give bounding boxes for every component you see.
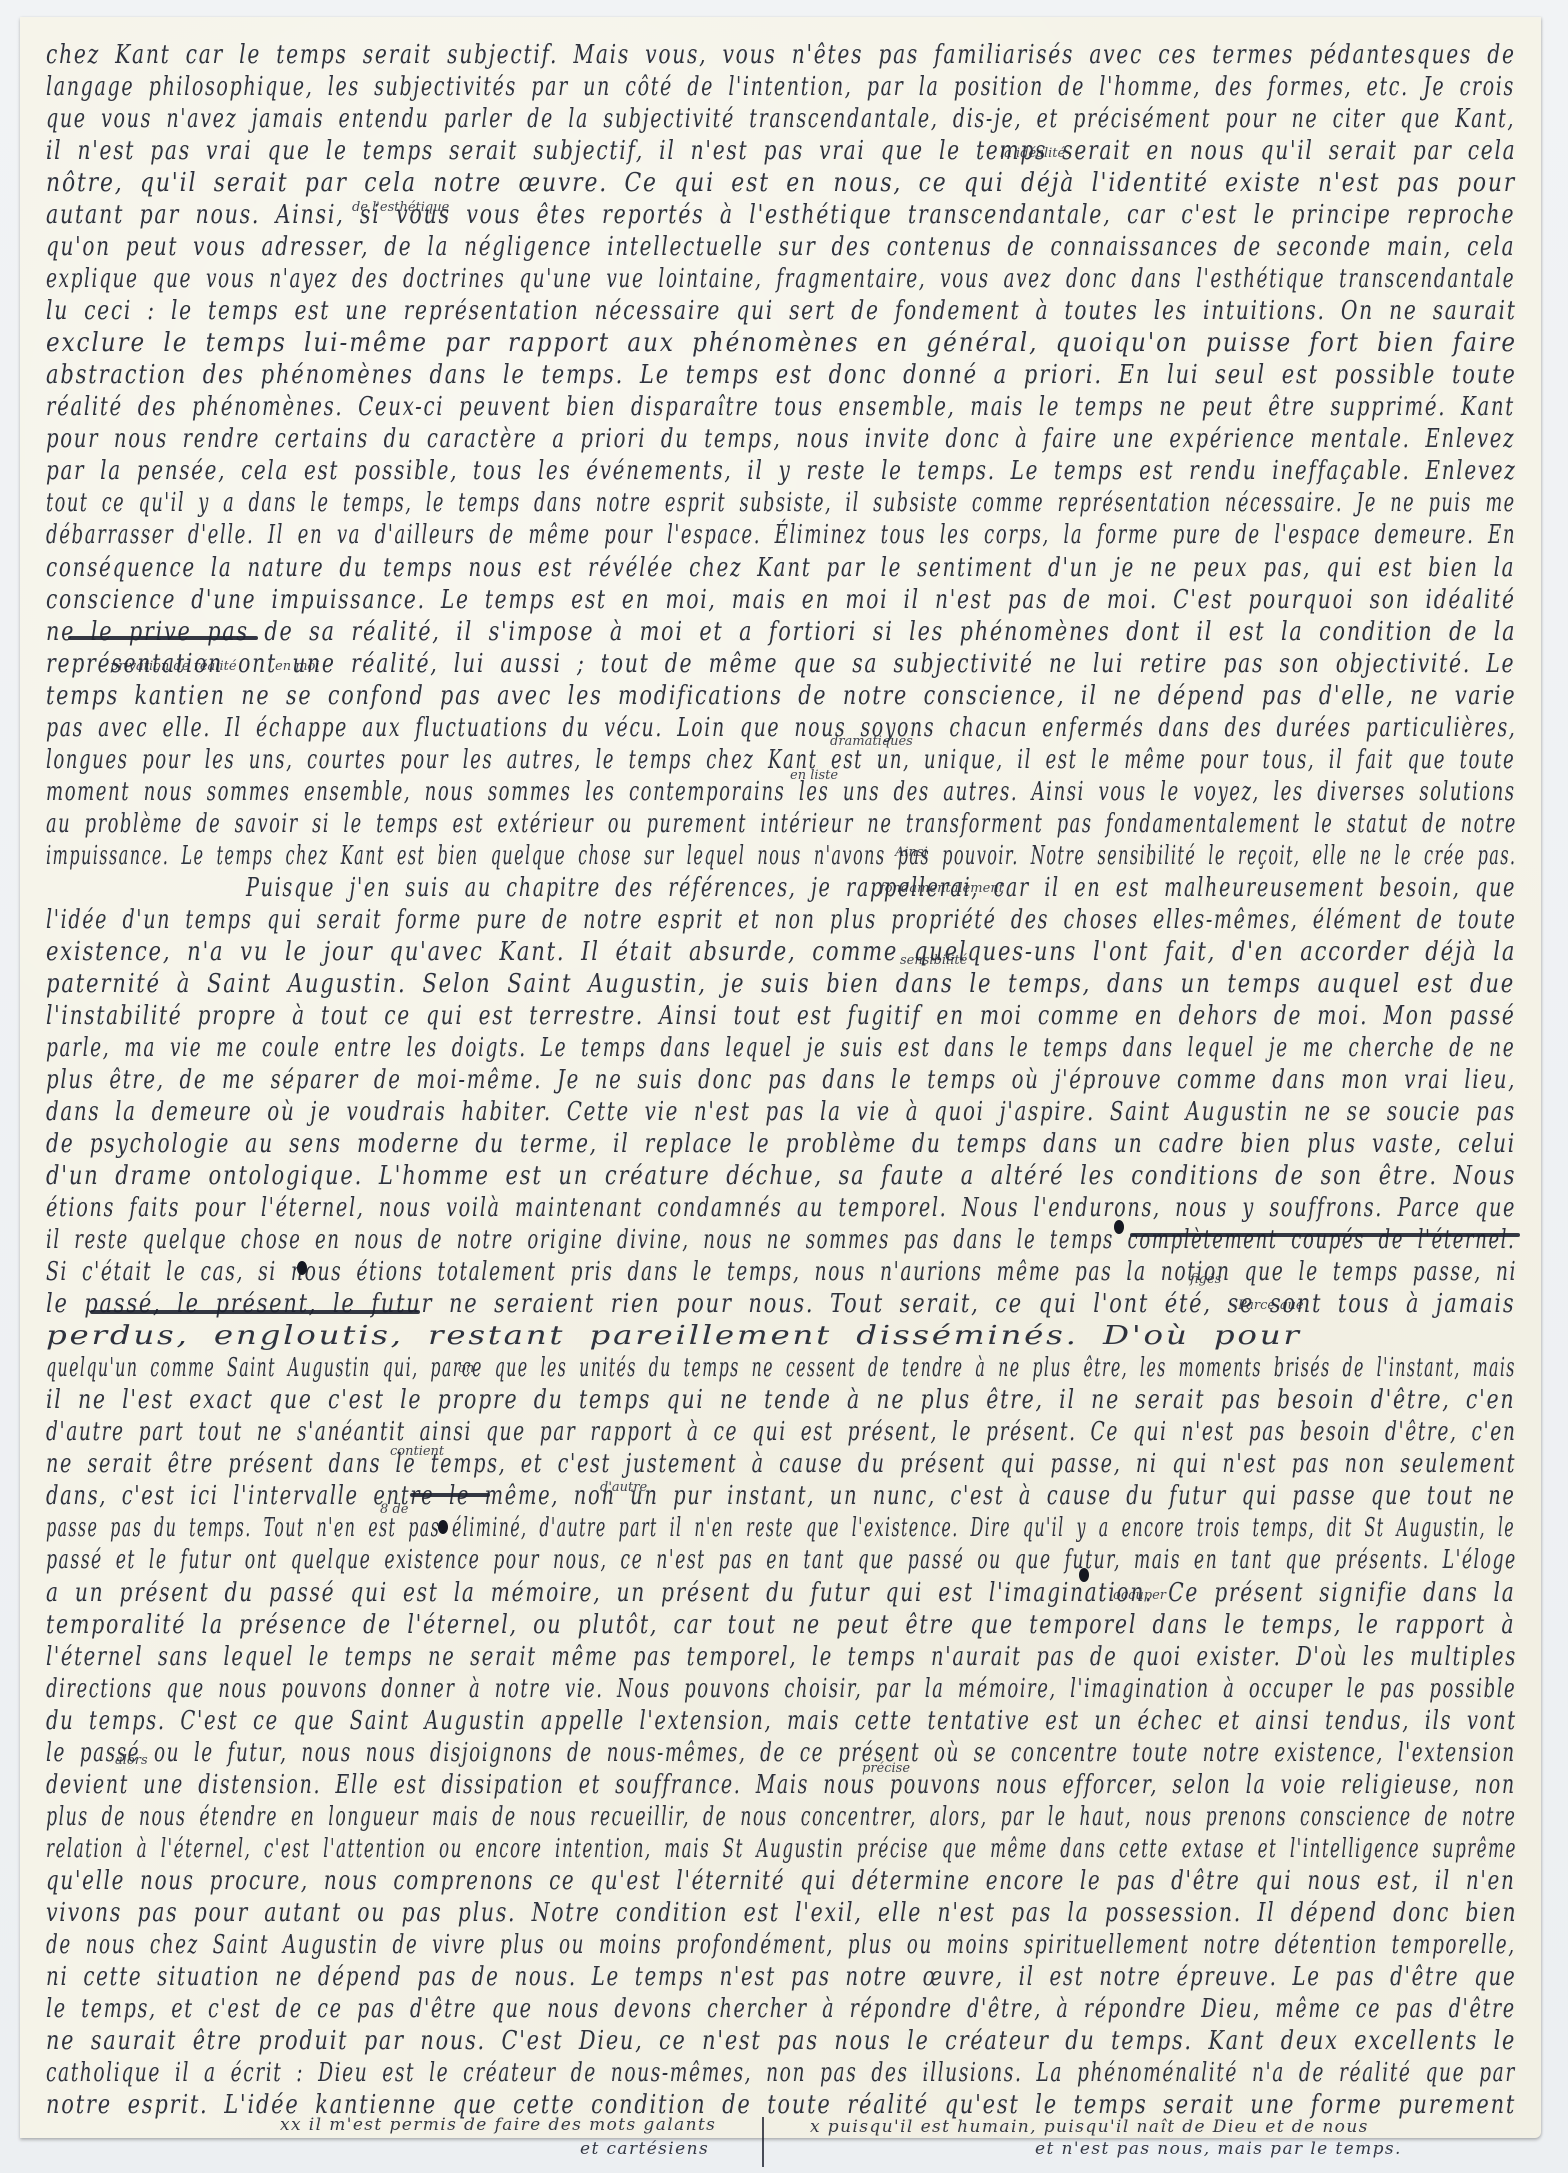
manuscript-line: chez Kant car le temps serait subjectif.… — [46, 37, 1516, 73]
strikethrough-mark — [90, 1310, 420, 1314]
interlinear-note: en liste — [790, 768, 838, 783]
strikethrough-mark — [410, 1493, 490, 1497]
manuscript-line: conséquence la nature du temps nous est … — [46, 550, 1515, 586]
manuscript-line: relation à l'éternel, c'est l'attention … — [46, 1831, 1517, 1867]
manuscript-line: ne le prive pas de sa réalité, il s'impo… — [46, 614, 1516, 650]
manuscript-line: d'un drame ontologique. L'homme est un c… — [46, 1158, 1516, 1194]
scanned-page-background: chez Kant car le temps serait subjectif.… — [0, 0, 1568, 2173]
manuscript-line: vivons pas pour autant ou pas plus. Notr… — [46, 1895, 1517, 1931]
manuscript-line: moment nous sommes ensemble, nous sommes… — [46, 774, 1516, 810]
manuscript-line: lu ceci : le temps est une représentatio… — [46, 293, 1517, 329]
manuscript-line: plus de nous étendre en longueur mais de… — [46, 1799, 1516, 1835]
manuscript-line: il n'est pas vrai que le temps serait su… — [46, 133, 1516, 169]
manuscript-line: il ne l'est exact que c'est le propre du… — [46, 1382, 1515, 1418]
manuscript-line: Si c'était le cas, si nous étions totale… — [46, 1254, 1517, 1290]
ink-blot — [297, 1261, 307, 1275]
manuscript-line: temporalité la présence de l'éternel, ou… — [46, 1607, 1515, 1643]
manuscript-line: quelqu'un comme Saint Augustin qui, parc… — [46, 1350, 1516, 1386]
strikethrough-mark — [1130, 1233, 1520, 1237]
ink-blot — [1079, 1568, 1089, 1582]
manuscript-paper: chez Kant car le temps serait subjectif.… — [20, 17, 1541, 2138]
manuscript-line: perdus, engloutis, restant pareillement … — [46, 1318, 1302, 1354]
manuscript-line: qu'on peut vous adresser, de la négligen… — [46, 229, 1515, 265]
ink-blot — [438, 1520, 448, 1534]
footnote-left-line2: et cartésiens — [580, 2139, 709, 2159]
interlinear-note: de l'esthétique — [352, 200, 449, 215]
manuscript-line: existence, n'a vu le jour qu'avec Kant. … — [46, 934, 1516, 970]
interlinear-note: fondamentalement — [880, 881, 1004, 896]
manuscript-line: par la pensée, cela est possible, tous l… — [46, 453, 1516, 489]
interlinear-note: sensibilité — [900, 953, 967, 968]
manuscript-line: ne serait être présent dans le temps, et… — [46, 1446, 1516, 1482]
manuscript-line: étions faits pour l'éternel, nous voilà … — [46, 1190, 1516, 1226]
manuscript-line: passe pas du temps. Tout n'en est pas él… — [46, 1510, 1515, 1546]
manuscript-line: de nous chez Saint Augustin de vivre plu… — [46, 1927, 1516, 1963]
manuscript-line: que vous n'avez jamais entendu parler de… — [46, 101, 1515, 137]
manuscript-line: exclure le temps lui-même par rapport au… — [46, 325, 1517, 361]
manuscript-line: représentation ont une réalité, lui auss… — [46, 646, 1515, 682]
manuscript-line: passé et le futur ont quelque existence … — [46, 1542, 1517, 1578]
interlinear-note: d'autre — [600, 1480, 647, 1495]
ink-blot — [1114, 1220, 1124, 1234]
manuscript-line: explique que vous n'ayez des doctrines q… — [46, 261, 1515, 297]
manuscript-line: pas avec elle. Il échappe aux fluctuatio… — [46, 710, 1516, 746]
manuscript-line: conscience d'une impuissance. Le temps e… — [46, 582, 1516, 618]
interlinear-note: occuper — [1113, 1588, 1166, 1603]
manuscript-line: ni cette situation ne dépend pas de nous… — [46, 1959, 1516, 1995]
manuscript-line: paternité à Saint Augustin. Selon Saint … — [46, 966, 1515, 1002]
manuscript-line: autant par nous. Ainsi, si vous vous ête… — [46, 197, 1515, 233]
manuscript-line: parle, ma vie me coule entre les doigts.… — [46, 1030, 1515, 1066]
interlinear-note: privation de réalité — [110, 659, 237, 674]
manuscript-line: langage philosophique, les subjectivités… — [46, 69, 1515, 105]
footnote-right-line2: et n'est pas nous, mais par le temps. — [1035, 2139, 1402, 2159]
interlinear-note: précise — [862, 1761, 910, 1776]
manuscript-line: débarrasser d'elle. Il en va d'ailleurs … — [46, 517, 1516, 553]
manuscript-line: catholique il a écrit : Dieu est le créa… — [46, 2055, 1516, 2091]
interlinear-note: on — [458, 1361, 474, 1376]
manuscript-line: l'idée d'un temps qui serait forme pure … — [46, 902, 1516, 938]
interlinear-note: en moi — [275, 659, 320, 674]
manuscript-line: le temps, et c'est de ce pas d'être que … — [46, 1991, 1516, 2027]
manuscript-line: du temps. C'est ce que Saint Augustin ap… — [46, 1703, 1517, 1739]
manuscript-line: plus être, de me séparer de moi-même. Je… — [46, 1062, 1516, 1098]
manuscript-line: l'éternel sans lequel le temps ne serait… — [46, 1639, 1517, 1675]
manuscript-line: réalité des phénomènes. Ceux-ci peuvent … — [46, 389, 1515, 425]
manuscript-line: tout ce qu'il y a dans le temps, le temp… — [46, 485, 1516, 521]
manuscript-line: de psychologie au sens moderne du terme,… — [46, 1126, 1516, 1162]
footnote-left-line1: xx il m'est permis de faire des mots gal… — [280, 2115, 716, 2135]
interlinear-note: Ainsi — [895, 845, 928, 860]
manuscript-line: ne saurait être produit par nous. C'est … — [46, 2023, 1516, 2059]
strikethrough-mark — [68, 636, 258, 640]
manuscript-line: il reste quelque chose en nous de notre … — [46, 1222, 1515, 1258]
manuscript-line: le passé ou le futur, nous nous disjoign… — [46, 1735, 1516, 1771]
manuscript-line: qu'elle nous procure, nous comprenons ce… — [46, 1863, 1516, 1899]
footnote-right-line1: x puisqu'il est humain, puisqu'il naît d… — [810, 2117, 1369, 2137]
manuscript-line: a un présent du passé qui est la mémoire… — [46, 1575, 1515, 1611]
manuscript-line: abstraction des phénomènes dans le temps… — [46, 357, 1517, 393]
interlinear-note: contient — [390, 1444, 444, 1459]
manuscript-line: directions que nous pouvons donner à not… — [46, 1671, 1516, 1707]
manuscript-line: longues pour les uns, courtes pour les a… — [46, 742, 1515, 778]
interlinear-note: alors — [115, 1753, 148, 1768]
interlinear-note: dramatiques — [830, 734, 913, 749]
interlinear-note: 8 de — [380, 1502, 408, 1517]
manuscript-line: au problème de savoir si le temps est ex… — [46, 806, 1517, 842]
manuscript-line: impuissance. Le temps chez Kant est bien… — [46, 838, 1516, 874]
manuscript-line: temps kantien ne se confond pas avec les… — [46, 678, 1516, 714]
footnote-divider — [762, 2117, 764, 2167]
manuscript-line: nôtre, qu'il serait par cela notre œuvre… — [46, 165, 1516, 201]
interlinear-note: figés — [1190, 1272, 1221, 1287]
interlinear-note: Parce que — [1238, 1298, 1304, 1313]
manuscript-line: devient une distension. Elle est dissipa… — [46, 1767, 1516, 1803]
manuscript-line: pour nous rendre certains du caractère a… — [46, 421, 1515, 457]
manuscript-line: dans la demeure où je voudrais habiter. … — [46, 1094, 1516, 1130]
manuscript-line: d'autre part tout ne s'anéantit ainsi qu… — [46, 1414, 1516, 1450]
manuscript-line: dans, c'est ici l'intervalle entre le mê… — [46, 1478, 1516, 1514]
interlinear-note: la idéalité — [1000, 146, 1065, 161]
manuscript-line: l'instabilité propre à tout ce qui est t… — [46, 998, 1516, 1034]
